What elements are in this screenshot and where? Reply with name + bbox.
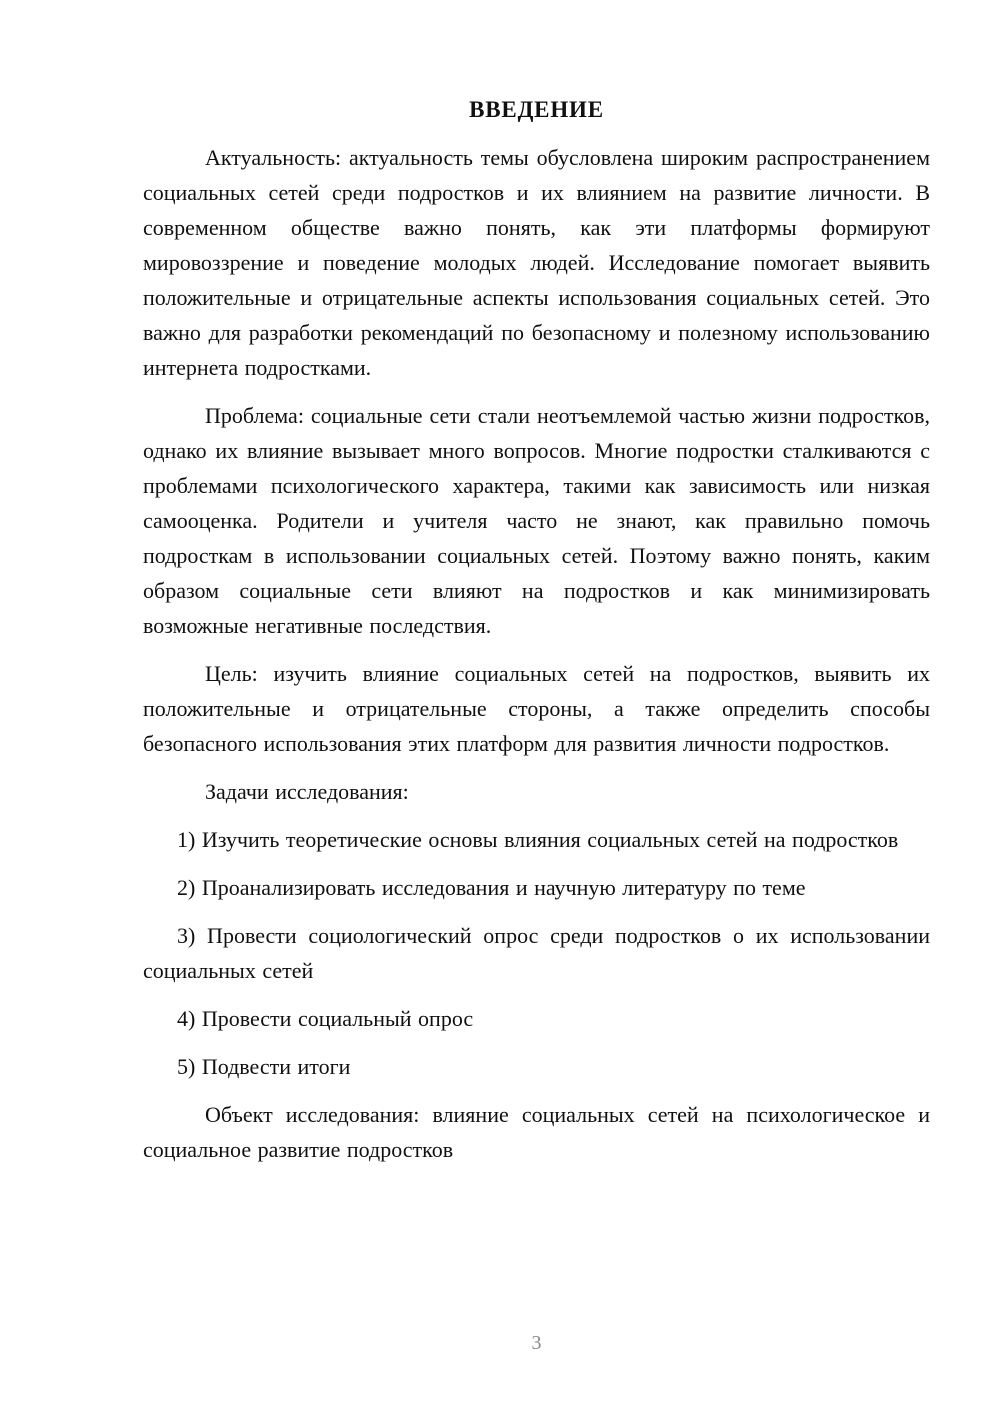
section-title: ВВЕДЕНИЕ: [143, 92, 930, 127]
list-item-1: 1) Изучить теоретические основы влияния …: [143, 822, 930, 857]
list-item-3: 3) Провести социологический опрос среди …: [143, 918, 930, 988]
list-item-5: 5) Подвести итоги: [143, 1049, 930, 1084]
paragraph-aktualnost: Актуальность: актуальность темы обусловл…: [143, 140, 930, 385]
paragraph-problema: Проблема: социальные сети стали неотъемл…: [143, 398, 930, 643]
list-item-4: 4) Провести социальный опрос: [143, 1001, 930, 1036]
paragraph-tsel: Цель: изучить влияние социальных сетей н…: [143, 656, 930, 761]
document-page: ВВЕДЕНИЕ Актуальность: актуальность темы…: [0, 0, 1000, 1414]
paragraph-zadachi-heading: Задачи исследования:: [143, 774, 930, 809]
paragraph-obyekt: Объект исследования: влияние социальных …: [143, 1097, 930, 1167]
list-item-2: 2) Проанализировать исследования и научн…: [143, 870, 930, 905]
page-number: 3: [143, 1328, 930, 1358]
document-content: ВВЕДЕНИЕ Актуальность: актуальность темы…: [0, 0, 1000, 1167]
